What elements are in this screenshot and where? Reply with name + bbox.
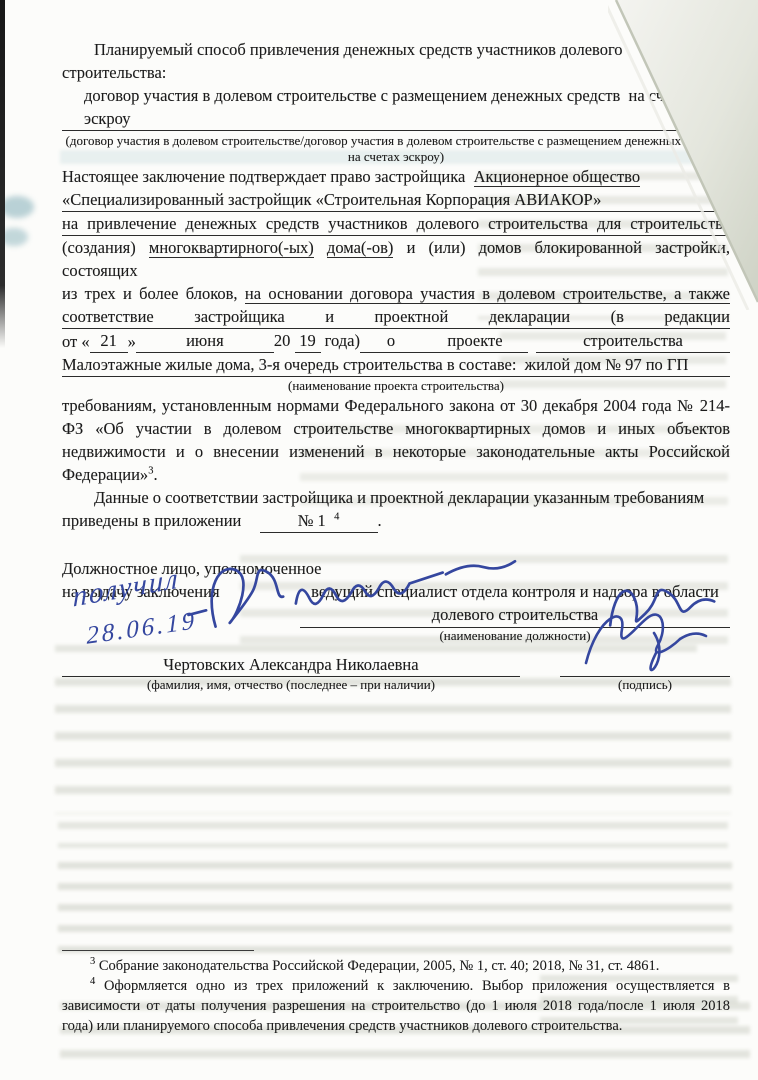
law-period: . [153,465,157,484]
clause2-underlined1: многоквартирного(-ых) [149,238,314,258]
date-day-field: 21 [90,329,128,353]
date-word-stroitelstva: строительства [536,329,730,353]
spread-word: проектной [375,305,449,328]
annex-number: № 1 [298,511,326,530]
folded-corner [608,0,758,310]
annex-line2-text: приведены в приложении [62,511,241,530]
clause2-underlined2: дома(-ов) [327,238,394,258]
date-month-field: июня [136,329,274,353]
spread-word: застройщика [194,305,285,328]
project-name-caption: (наименование проекта строительства) [62,378,730,394]
date-word-o: о [360,329,422,353]
annex-line1: Данные о соответствии застройщика и прое… [62,486,730,509]
annex-period: . [378,511,382,530]
clause2-plain1: (создания) [62,238,136,257]
footnote-separator [62,950,254,951]
law-paragraph: требованиям, установленным нормами Федер… [62,394,730,486]
date-century: 20 [274,331,291,350]
official-name-column: Чертовских Александра Николаевна (фамили… [62,653,520,693]
clause3-plain: из трех и более блоков, [62,284,238,303]
spread-word: декларации [489,305,570,328]
annex-footnote-ref: 4 [334,512,339,523]
spread-word: и [325,305,334,328]
project-name-underlined: Малоэтажные жилые дома, 3-я очередь стро… [62,353,730,377]
signing-section: Должностное лицо, уполномоченное на выда… [62,557,730,693]
date-year-word: года) [325,331,360,350]
scan-edge-shadow [0,0,5,348]
date-word-proekte: проекте [422,329,528,353]
date-quote: » [128,330,136,353]
date-prefix: от « [62,330,90,353]
name-signature-row: Чертовских Александра Николаевна (фамили… [62,650,730,693]
official-line1: Должностное лицо, уполномоченное [62,557,730,580]
footnote-4-text: Оформляется одно из трех приложений к за… [62,978,730,1034]
date-line: от « 21 » июня 20 19 года) о проекте стр… [62,329,730,353]
statement-prefix: Настоящее заключение подтверждает право … [62,167,465,186]
footnote-3: 3 Собрание законодательства Российской Ф… [62,956,730,976]
official-name-underlined: Чертовских Александра Николаевна [62,653,520,677]
official-signature-handwriting [568,599,718,684]
annex-line2: приведены в приложении № 1 4. [62,509,730,533]
official-name-caption: (фамилия, имя, отчество (последнее – при… [62,677,520,693]
signature-line [560,650,730,677]
annex-number-field: № 1 4 [260,509,378,533]
law-text: требованиям, установленным нормами Федер… [62,396,730,484]
scanned-document-page: { "page": { "paper_color": "#fcfcfa", "t… [0,0,758,1080]
spread-word: соответствие [62,305,154,328]
signature-column: (подпись) [560,650,730,693]
date-year-group: 20 19 года) [274,329,360,353]
footnotes-section: 3 Собрание законодательства Российской Ф… [62,950,730,1036]
footnote-4: 4 Оформляется одно из трех приложений к … [62,976,730,1036]
footnote-3-text: Собрание законодательства Российской Фед… [95,958,659,974]
official-line2: на выдачу заключения [62,580,300,644]
date-year-field: 19 [295,329,321,353]
